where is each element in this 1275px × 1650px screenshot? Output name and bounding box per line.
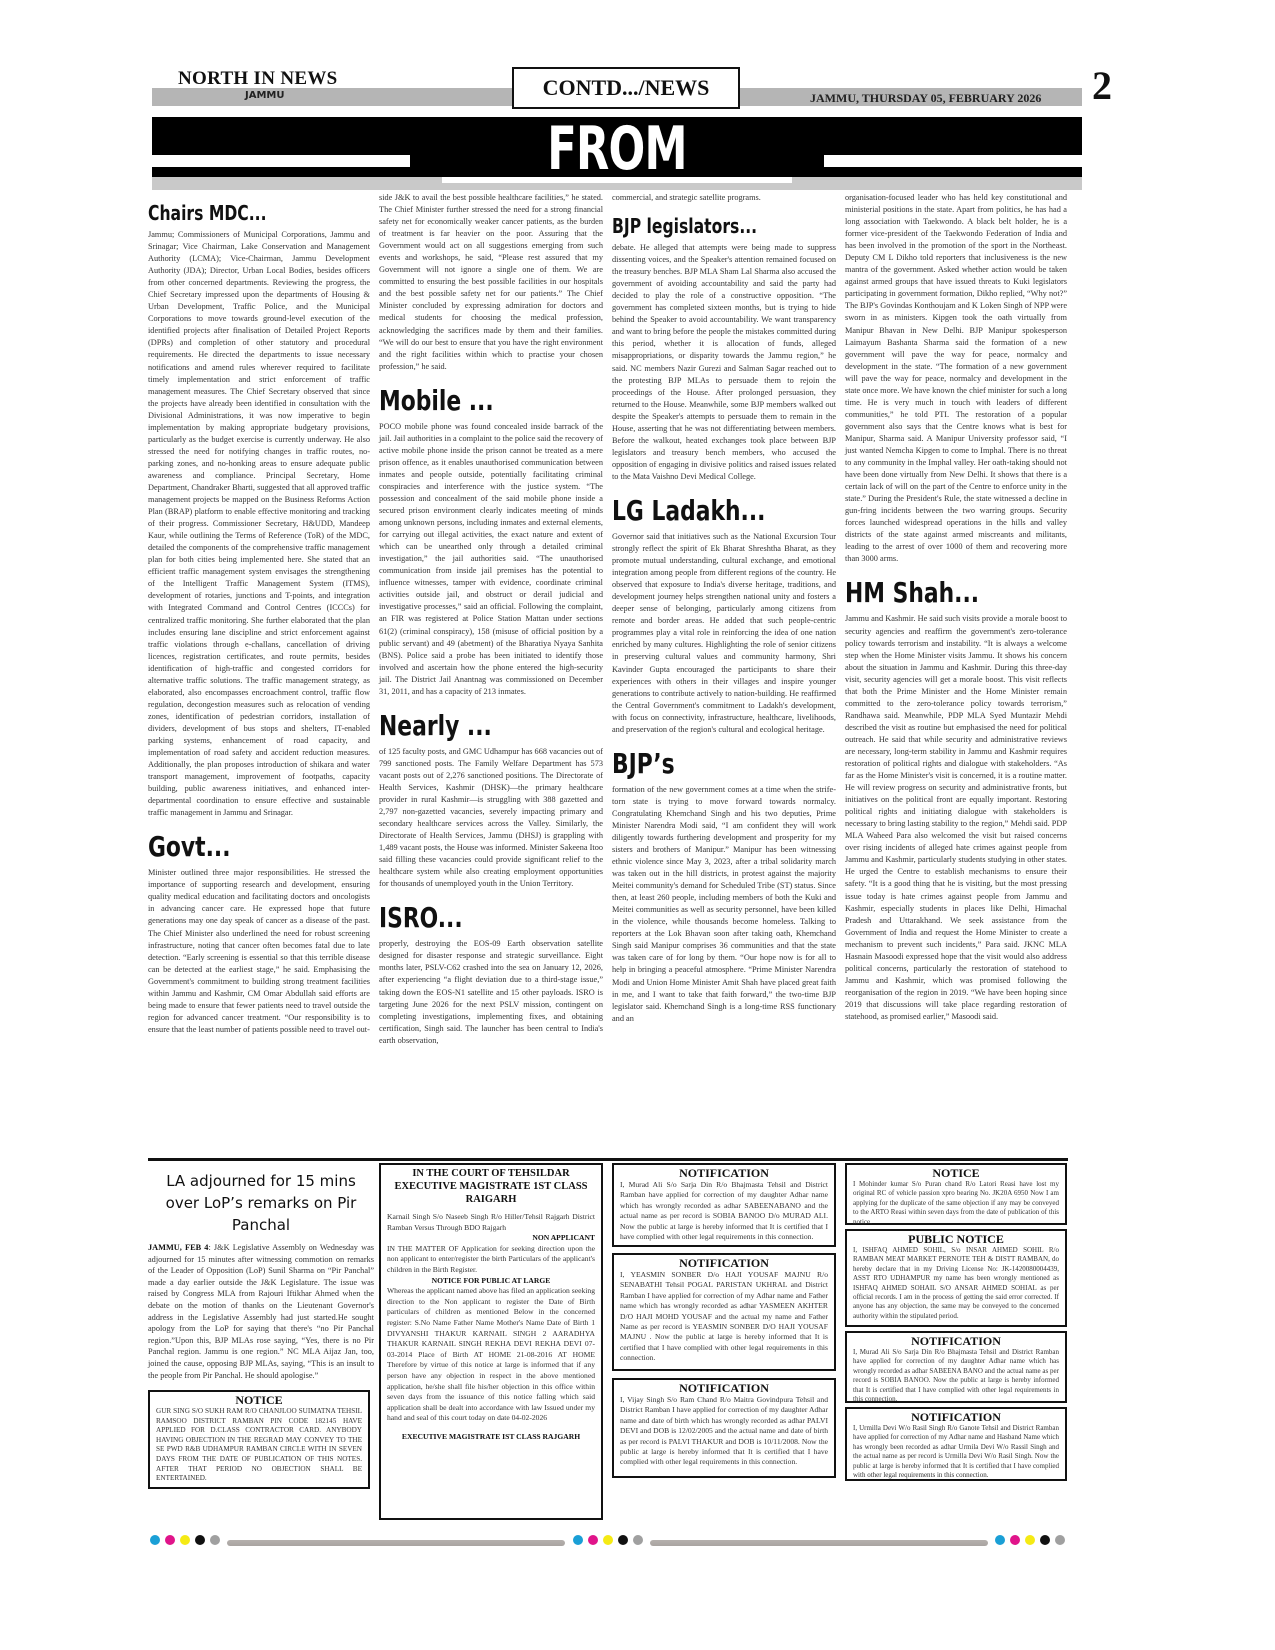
- court-parties: Karnail Singh S/o Naseeb Singh R/o Hille…: [387, 1212, 595, 1233]
- article-body-chairs-mdc: Jammu; Commissioners of Municipal Corpor…: [148, 229, 370, 819]
- notification-body: I, Murad Ali S/o Sarja Din R/o Bhajmasta…: [620, 1180, 828, 1242]
- notification-murad-ali: NOTIFICATION I, Murad Ali S/o Sarja Din …: [612, 1163, 836, 1247]
- article-body-nearly: of 125 faculty posts, and GMC Udhampur h…: [379, 746, 603, 891]
- court-title-line1: IN THE COURT OF TEHSILDAR: [387, 1167, 595, 1180]
- masthead-city: JAMMU: [245, 90, 284, 101]
- article-heading-isro: ISRO...: [379, 900, 554, 936]
- page-number: 2: [1092, 66, 1112, 106]
- registration-dot-cyan: [150, 1535, 160, 1545]
- article-heading-la-adjourned: LA adjourned for 15 mins over LoP’s rema…: [148, 1170, 374, 1236]
- notification-murad-ali-2: NOTIFICATION I, Murad Ali S/o Sarja Din …: [845, 1331, 1067, 1403]
- notification-title: NOTIFICATION: [620, 1257, 828, 1270]
- registration-dot-grey: [210, 1535, 220, 1545]
- registration-dot-magenta: [165, 1535, 175, 1545]
- notification-title: NOTIFICATION: [853, 1335, 1059, 1348]
- registration-dot-black: [195, 1535, 205, 1545]
- notification-body: I, Murad Ali S/o Sarja Din R/o Bhajmasta…: [853, 1348, 1059, 1404]
- registration-dot-cyan: [995, 1535, 1005, 1545]
- public-notice-body: I, ISHFAQ AHMED SOHIL, S/o INSAR AHMED S…: [853, 1246, 1059, 1321]
- section-label: CONTD.../NEWS: [512, 67, 740, 109]
- registration-dot-cyan: [573, 1535, 583, 1545]
- registration-dot-black: [618, 1535, 628, 1545]
- public-notice-title: PUBLIC NOTICE: [853, 1233, 1059, 1246]
- notification-title: NOTIFICATION: [620, 1167, 828, 1180]
- court-subheading: NOTICE FOR PUBLIC AT LARGE: [387, 1276, 595, 1287]
- registration-dot-grey: [1055, 1535, 1065, 1545]
- notice-court-tehsildar: IN THE COURT OF TEHSILDAR EXECUTIVE MAGI…: [379, 1163, 603, 1520]
- notification-urmilla-devi: NOTIFICATION I, Urmilla Devi W/o Rasil S…: [845, 1407, 1067, 1481]
- registration-dot-magenta: [1010, 1535, 1020, 1545]
- article-heading-govt: Govt...: [148, 829, 321, 865]
- registration-dot-yellow: [603, 1535, 613, 1545]
- article-body-chairs-continued: side J&K to avail the best possible heal…: [379, 192, 603, 373]
- registration-dot-magenta: [588, 1535, 598, 1545]
- dateline: JAMMU, THURSDAY 05, FEBRUARY 2026: [810, 91, 1041, 106]
- article-body-bjps: formation of the new government comes at…: [612, 784, 836, 1025]
- article-la-adjourned: LA adjourned for 15 mins over LoP’s rema…: [148, 1170, 374, 1381]
- article-body-isro-continued: commercial, and strategic satellite prog…: [612, 192, 836, 204]
- article-body-bjps-continued: organisation-focused leader who has held…: [845, 192, 1067, 565]
- article-body-la-adjourned: JAMMU, FEB 4: J&K Legislative Assembly o…: [148, 1242, 374, 1381]
- banner-strip-right: [824, 155, 1082, 167]
- article-body-mobile: POCO mobile phone was found concealed in…: [379, 421, 603, 698]
- column-3: commercial, and strategic satellite prog…: [612, 192, 836, 1025]
- notice-title: NOTICE: [156, 1394, 362, 1407]
- court-title-line2: EXECUTIVE MAGISTRATE 1ST CLASS RAIGARH: [387, 1180, 595, 1206]
- notice-gur-sing: NOTICE GUR SING S/O SUKH RAM R/O CHANJLO…: [148, 1390, 370, 1489]
- notice-title: NOTICE: [853, 1167, 1059, 1180]
- public-notice-ishfaq: PUBLIC NOTICE I, ISHFAQ AHMED SOHIL, S/o…: [845, 1229, 1067, 1327]
- notification-vijay-singh: NOTIFICATION I, Vijay Singh S/o Ram Chan…: [612, 1378, 836, 1478]
- registration-dot-black: [1040, 1535, 1050, 1545]
- notice-body: GUR SING S/O SUKH RAM R/O CHANJLOO SUIMA…: [156, 1407, 362, 1484]
- notification-body: I, Urmilla Devi W/o Rasil Singh R/o Gano…: [853, 1424, 1059, 1480]
- article-heading-bjp-legislators: BJP legislators...: [612, 212, 787, 240]
- registration-dot-yellow: [180, 1535, 190, 1545]
- section-divider-rule: [148, 1158, 1068, 1161]
- notice-mohinder-kumar: NOTICE I Mohinder kumar S/o Puran chand …: [845, 1163, 1067, 1225]
- article-heading-lg-ladakh: LG Ladakh...: [612, 493, 787, 529]
- notification-title: NOTIFICATION: [620, 1382, 828, 1395]
- column-2: side J&K to avail the best possible heal…: [379, 192, 603, 1047]
- registration-dot-yellow: [1025, 1535, 1035, 1545]
- article-heading-mobile: Mobile ...: [379, 383, 554, 419]
- article-body-isro: properly, destroying the EOS-09 Earth ob…: [379, 938, 603, 1046]
- notice-body: I Mohinder kumar S/o Puran chand R/o Lat…: [853, 1180, 1059, 1227]
- court-non-applicant: NON APPLICANT: [387, 1233, 595, 1244]
- notification-title: NOTIFICATION: [853, 1411, 1059, 1424]
- notification-body: I, Vijay Singh S/o Ram Chand R/o Maitra …: [620, 1395, 828, 1468]
- court-matter: IN THE MATTER OF Application for seeking…: [387, 1244, 595, 1276]
- column-1: Chairs MDC... Jammu; Commissioners of Mu…: [148, 197, 370, 1036]
- column-4: organisation-focused leader who has held…: [845, 192, 1067, 1023]
- registration-bar-left: [227, 1540, 565, 1546]
- court-signature: EXECUTIVE MAGISTRATE IST CLASS RAJGARH: [387, 1432, 595, 1443]
- article-body-govt: Minister outlined three major responsibi…: [148, 867, 370, 1036]
- registration-dot-grey: [633, 1535, 643, 1545]
- la-dateline: JAMMU, FEB 4: [148, 1243, 208, 1252]
- article-heading-hm-shah: HM Shah...: [845, 575, 1018, 611]
- notification-yeasmin-sonber: NOTIFICATION I, YEASMIN SONBER D/o HAJI …: [612, 1253, 836, 1371]
- article-body-hm-shah: Jammu and Kashmir. He said such visits p…: [845, 613, 1067, 1023]
- article-heading-chairs-mdc: Chairs MDC...: [148, 199, 321, 227]
- article-body-lg-ladakh: Governor said that initiatives such as t…: [612, 531, 836, 736]
- banner-strip-left: [152, 155, 410, 167]
- article-heading-bjps: BJP’s: [612, 746, 787, 782]
- notification-body: I, YEASMIN SONBER D/o HAJI YOUSAF MAJNU …: [620, 1270, 828, 1364]
- court-body: Whereas the applicant named above has fi…: [387, 1286, 595, 1424]
- registration-bar-right: [650, 1540, 988, 1546]
- article-heading-nearly: Nearly ...: [379, 708, 554, 744]
- article-body-bjp-legislators: debate. He alleged that attempts were be…: [612, 242, 836, 483]
- newspaper-name: NORTH IN NEWS: [178, 68, 337, 90]
